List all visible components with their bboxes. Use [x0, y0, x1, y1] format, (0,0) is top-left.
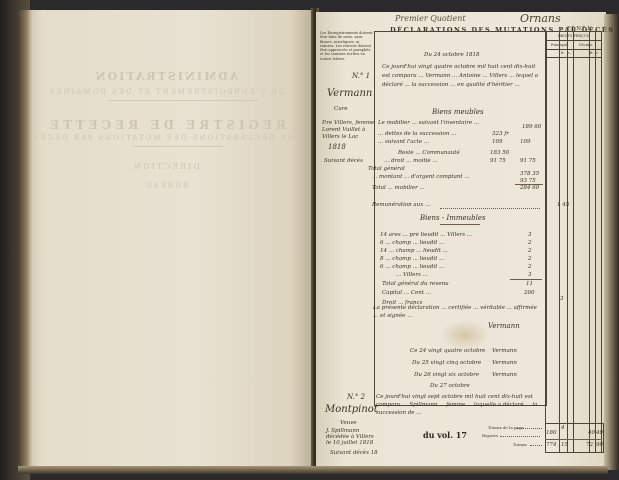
- entry-number: N.° 2: [347, 393, 365, 401]
- margin-note: Lorent Vuillet à: [322, 127, 365, 133]
- immeubles-line: 6 ... champ ... lieudit ...: [380, 264, 520, 270]
- unit-label: fr.: [590, 51, 594, 55]
- bleed-through-line: DIRECTION: [18, 162, 314, 171]
- amount: 2: [528, 256, 532, 262]
- margin-note: Suivant décès: [324, 158, 363, 164]
- unit-label: fr.: [561, 51, 565, 55]
- capital-label: Capital ... Cent ...: [382, 290, 431, 296]
- amount: 109: [492, 139, 503, 145]
- header-signature: Ornans: [520, 12, 561, 25]
- entry-date-heading: Du 27 octobre: [430, 383, 470, 389]
- margin-note: Suivant décès 18: [330, 450, 378, 456]
- dot-leader: [440, 208, 540, 209]
- immeubles-line: 8 ... champ ... lieudit ...: [380, 256, 520, 262]
- volume-stamp: du vol. 17: [423, 430, 467, 440]
- margin-note: Villers le Lac: [322, 134, 358, 140]
- underline: [440, 224, 480, 225]
- declarant-name: Vermann: [327, 88, 372, 99]
- margin-note: Cure: [334, 106, 348, 112]
- immeubles-line: 6 ... champ ... lieudit ...: [380, 240, 520, 246]
- bleed-through-line: DES DÉCLARATIONS DES MUTATIONS PAR DÉCÈS: [18, 134, 314, 142]
- amount: 3: [528, 232, 532, 238]
- amount: 91 75: [520, 158, 536, 164]
- amount: 3: [560, 296, 564, 302]
- meubles-line: ... dettes de la succession ...: [378, 131, 488, 137]
- amount: 11: [526, 281, 533, 287]
- margin-note: le 10 juillet 1818: [326, 440, 373, 446]
- total-value: 72: [586, 442, 593, 448]
- meubles-line: Le mobilier ... suivant l'inventaire ...: [378, 120, 490, 126]
- declarant-signature: Vermann: [488, 322, 520, 330]
- amount: 378 35: [520, 171, 539, 177]
- dot-leader: [500, 436, 540, 437]
- meubles-line: Reste ... Communauté: [398, 150, 460, 156]
- report-label: Reports: [482, 433, 498, 438]
- dated-line: Du 26 vingt six octobre: [414, 372, 479, 378]
- total-revenue-label: Total général du revenu: [382, 281, 449, 287]
- amount: 323 fr: [492, 131, 509, 137]
- bleed-through-line: BUREAU: [18, 182, 314, 190]
- amount: 189 60: [522, 124, 541, 130]
- amount: 183 50: [490, 150, 509, 156]
- immeubles-line: 14 ares ... pré lieudit ... Villers ...: [380, 232, 520, 238]
- amount: 109: [520, 139, 531, 145]
- entry-number: N.° 1: [352, 72, 370, 80]
- total-value: 4: [561, 425, 565, 431]
- immeubles-line: 14 ... champ ... lieudit ...: [380, 248, 520, 254]
- amount: 3: [528, 272, 532, 278]
- amount-columns: [545, 31, 602, 452]
- totaux-label: Totaux: [513, 442, 527, 447]
- immeubles-line: ... Villers ...: [396, 272, 428, 278]
- totals-box: [545, 423, 604, 453]
- margin-note: P.re Villers, femme: [322, 120, 374, 126]
- unit-label: c.: [596, 51, 599, 55]
- page-bottom-edge: [18, 466, 608, 474]
- dated-signature: Vermann: [492, 360, 517, 366]
- dated-line: Du 25 vingt cinq octobre: [412, 360, 481, 366]
- header-annotation: Premier Quotient: [395, 14, 466, 23]
- bleed-through-line: REGISTRE DE RECETTE: [18, 118, 314, 132]
- amount: 284 60: [520, 185, 539, 191]
- bleed-through-line: ADMINISTRATION: [18, 70, 314, 83]
- margin-note: 1818: [328, 143, 346, 151]
- bleed-through-line: DE L'ENREGISTREMENT ET DES DOMAINES: [18, 88, 314, 96]
- declarant-name: Montpinot: [325, 404, 378, 415]
- total-value: 40: [596, 430, 603, 436]
- sum-rule: [510, 279, 542, 280]
- entry-text: Ce jourd'hui vingt quatre octobre mil hu…: [382, 63, 542, 108]
- total-value: 180: [546, 430, 557, 436]
- total-value: 40: [588, 430, 595, 436]
- dated-signature: Vermann: [492, 372, 517, 378]
- column-principal-label: Principal: [551, 43, 567, 47]
- column-decime-label: Décime: [579, 43, 592, 47]
- amount: 2: [528, 240, 532, 246]
- totals-rule: [545, 439, 602, 440]
- entry-text: Ce jourd'hui vingt sept octobre mil huit…: [376, 393, 544, 417]
- amount: 1 45: [557, 202, 569, 208]
- meubles-line: Total général: [368, 166, 405, 172]
- unit-label: c.: [568, 51, 571, 55]
- column-group-label: DROITS PERÇUS: [545, 34, 602, 38]
- section-heading-meubles: Biens meubles: [432, 108, 484, 116]
- total-value: 774: [546, 442, 557, 448]
- meubles-line: Total ... mobilier ...: [372, 185, 425, 191]
- amount: 91 75: [490, 158, 506, 164]
- bleed-through-rule: [108, 100, 258, 101]
- register-notice: Les Enregistrements doivent être faits d…: [320, 31, 374, 61]
- bleed-through-rule: [133, 146, 223, 147]
- total-value: 15: [561, 442, 568, 448]
- total-value: 90: [596, 442, 603, 448]
- amount: 2: [528, 248, 532, 254]
- dated-line: Ce 24 vingt quatre octobre: [410, 348, 485, 354]
- remuneration-line: Remunération aux ...: [372, 202, 430, 208]
- amount: 200: [524, 290, 535, 296]
- meubles-line: ... droit ... moitié ...: [384, 158, 484, 164]
- margin-note: Veuve: [340, 420, 357, 426]
- meubles-line: ... suivant l'acte ...: [378, 139, 488, 145]
- amount: 2: [528, 264, 532, 270]
- right-page-edge: [604, 14, 619, 470]
- dot-leader: [530, 445, 542, 446]
- section-heading-immeubles: Biens - Immeubles: [420, 214, 486, 222]
- dot-leader: [516, 428, 542, 429]
- entry-date-heading: Du 24 octobre 1818: [424, 52, 480, 58]
- left-page: ADMINISTRATION DE L'ENREGISTREMENT ET DE…: [18, 10, 314, 470]
- dated-signature: Vermann: [492, 348, 517, 354]
- meubles-line: ... montant ... d'argent comptant ...: [372, 174, 512, 180]
